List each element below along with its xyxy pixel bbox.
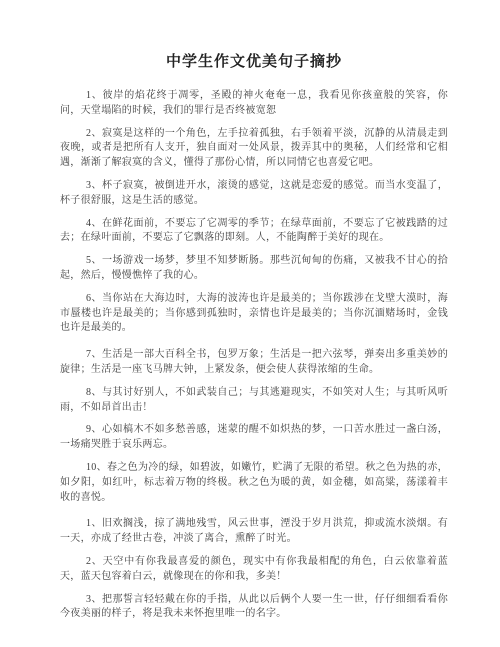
sentence-paragraph-2: 2、寂寞是这样的一个角色，左手拉着孤独，右手领着平淡，沉静的从清晨走到夜晚，或者… bbox=[60, 127, 448, 171]
sentence-paragraph-6: 6、当你站在大海边时，大海的波涛也许是最美的；当你跋涉在戈壁大漠时，海市蜃楼也许… bbox=[60, 292, 448, 336]
sentence-paragraph-5: 5、一场游戏一场梦，梦里不知梦断肠。那些沉甸甸的伤痛，又被我不甘心的拾起，然后，… bbox=[60, 254, 448, 284]
sentence-paragraph-7: 7、生活是一部大百科全书，包罗万象；生活是一把六弦琴，弹奏出多重美妙的旋律；生活… bbox=[60, 348, 448, 378]
document-page: 中学生作文优美句子摘抄 1、彼岸的焰花终于凋零，圣殿的神火奄奄一息，我看见你孩童… bbox=[0, 0, 500, 647]
sentence-paragraph-1: 1、彼岸的焰花终于凋零，圣殿的神火奄奄一息，我看见你孩童般的笑容，你问，天堂塌陷… bbox=[60, 89, 448, 119]
page-title: 中学生作文优美句子摘抄 bbox=[60, 50, 448, 71]
sentence-paragraph-4: 4、在鲜花面前，不要忘了它凋零的季节；在绿草面前，不要忘了它被践踏的过去；在绿叶… bbox=[60, 217, 448, 247]
sentence-paragraph-8: 8、与其讨好别人，不如武装自己；与其逃避现实，不如笑对人生；与其听风听雨，不如昂… bbox=[60, 386, 448, 416]
sentence-paragraph-9: 9、心如槁木不如多愁善感，迷蒙的醒不如炽热的梦，一口苦水胜过一盏白汤，一场痛哭胜… bbox=[60, 423, 448, 453]
sentence-paragraph-10: 10、春之色为冷的绿，如碧波，如嫩竹，贮满了无限的希望。秋之色为热的赤，如夕阳，… bbox=[60, 461, 448, 505]
sentence-paragraph-11: 1、旧欢搁浅，掠了满地残雪，风云世事，湮没于岁月洪荒，抑或流水淡烟。有一天，亦成… bbox=[60, 517, 448, 547]
sentence-paragraph-12: 2、天空中有你我最喜爱的颜色，现实中有你我最相配的角色，白云依靠着蓝天，蓝天包容… bbox=[60, 555, 448, 585]
sentence-paragraph-13: 3、把那誓言轻轻戴在你的手指，从此以后俩个人要一生一世，仔仔细细看看你今夜美丽的… bbox=[60, 593, 448, 623]
sentence-paragraph-3: 3、杯子寂寞，被倒进开水，滚烫的感觉，这就是恋爱的感觉。而当水变温了，杯子很舒服… bbox=[60, 179, 448, 209]
